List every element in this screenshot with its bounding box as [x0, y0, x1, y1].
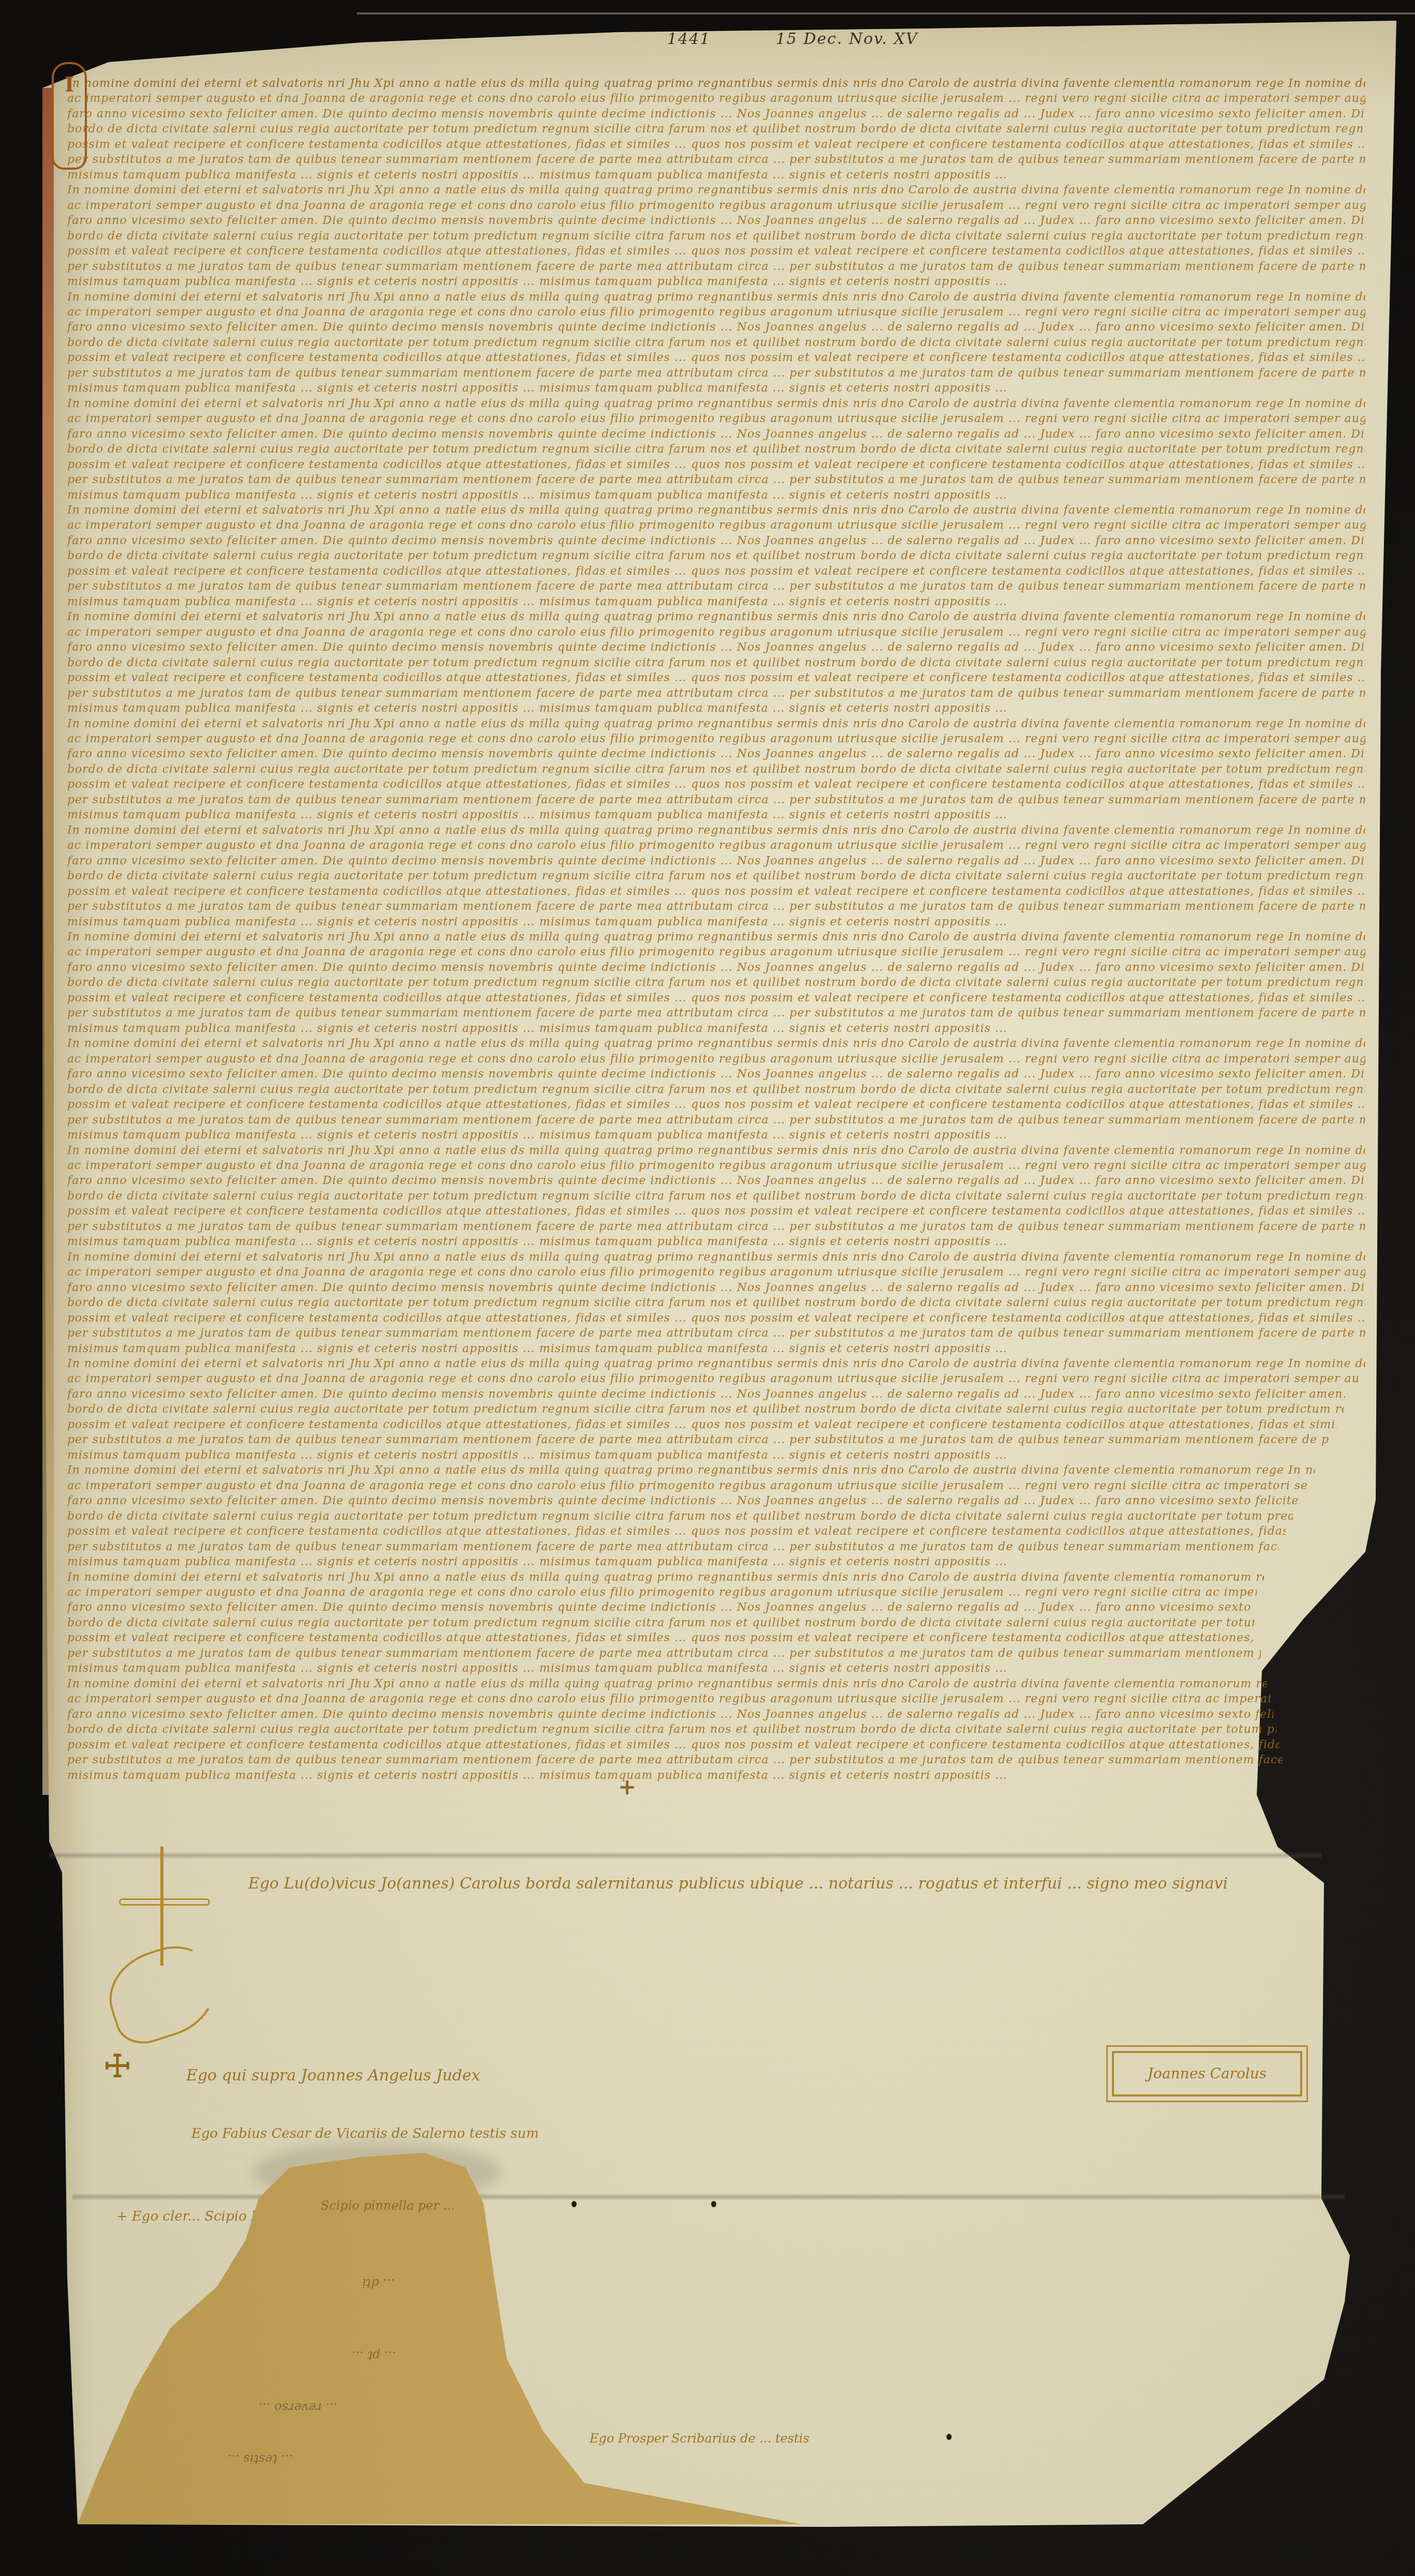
pin-hole	[711, 2201, 716, 2207]
flap-inscription: ... pt ...	[352, 2348, 396, 2363]
charter-text-line: misimus tamquam publica manifesta ... si…	[67, 1663, 1264, 1675]
charter-text-line: In nomine domini dei eterni et salvatori…	[67, 1358, 1365, 1370]
charter-text-line: possim et valeat recipere et conficere t…	[67, 886, 1365, 898]
charter-text-line: per substitutos a me juratos tam de quib…	[67, 687, 1365, 700]
witness-subscription-3: Ego Prosper Scribarius de ... testis	[590, 2431, 809, 2446]
charter-text-line: faro anno vicesimo sexto feliciter amen.…	[67, 1388, 1351, 1401]
charter-text-line: misimus tamquam publica manifesta ... si…	[67, 1023, 1365, 1035]
charter-text-line: possim et valeat recipere et conficere t…	[67, 1312, 1365, 1325]
archival-date-note: 15 Dec. Nov. XV	[776, 30, 918, 48]
charter-text-line: In nomine domini dei eterni et salvatori…	[67, 1251, 1365, 1264]
charter-text-line: ac imperatori semper augusto et dna Joan…	[67, 1693, 1270, 1705]
charter-text-line: faro anno vicesimo sexto feliciter amen.…	[67, 855, 1365, 867]
charter-text-line: faro anno vicesimo sexto feliciter amen.…	[67, 535, 1365, 547]
archival-year: 1441	[667, 30, 711, 48]
charter-text-line: per substitutos a me juratos tam de quib…	[67, 154, 1365, 166]
charter-text-line: In nomine domini dei eterni et salvatori…	[67, 1145, 1365, 1157]
charter-text-line: possim et valeat recipere et conficere t…	[67, 352, 1365, 364]
charter-text-line: bordo de dicta civitate salerni cuius re…	[67, 1724, 1276, 1736]
charter-text-line: misimus tamquam publica manifesta ... si…	[67, 169, 1365, 182]
pin-hole	[571, 2201, 577, 2207]
charter-text-line: misimus tamquam publica manifesta ... si…	[67, 596, 1365, 608]
charter-text-line: In nomine domini dei eterni et salvatori…	[67, 78, 1365, 90]
charter-text-line: bordo de dicta civitate salerni cuius re…	[67, 337, 1365, 349]
charter-text-line: possim et valeat recipere et conficere t…	[67, 139, 1365, 151]
flap-inscription: ... testis ...	[228, 2452, 293, 2466]
charter-text-line: misimus tamquam publica manifesta ... si…	[67, 702, 1365, 715]
charter-text-line: bordo de dicta civitate salerni cuius re…	[67, 657, 1365, 669]
judge-signum-icon: ☩	[103, 2048, 131, 2085]
charter-text-line: misimus tamquam publica manifesta ... si…	[67, 1343, 1365, 1355]
charter-text-line: faro anno vicesimo sexto feliciter amen.…	[67, 641, 1365, 654]
charter-text-line: faro anno vicesimo sexto feliciter amen.…	[67, 962, 1365, 974]
fold-line-upper	[49, 1852, 1321, 1859]
charter-text-line: ac imperatori semper augusto et dna Joan…	[67, 1480, 1307, 1492]
charter-text-line: In nomine domini dei eterni et salvatori…	[67, 611, 1365, 623]
charter-text-line: In nomine domini dei eterni et salvatori…	[67, 291, 1365, 304]
charter-text-line: In nomine domini dei eterni et salvatori…	[67, 931, 1365, 943]
charter-text-line: bordo de dicta civitate salerni cuius re…	[67, 1297, 1365, 1309]
charter-text-line: In nomine domini dei eterni et salvatori…	[67, 1571, 1264, 1584]
flap-inscription: Scipio pinnella per ...	[321, 2198, 455, 2213]
charter-text-line: per substitutos a me juratos tam de quib…	[67, 1114, 1365, 1127]
charter-text-line: possim et valeat recipere et conficere t…	[67, 1525, 1286, 1538]
notary-subscription: Ego Lu(do)vicus Jo(annes) Carolus borda …	[248, 1873, 1308, 1895]
charter-text-line: misimus tamquam publica manifesta ... si…	[67, 916, 1365, 928]
closing-cross-icon: +	[618, 1774, 636, 1800]
charter-text-line: bordo de dicta civitate salerni cuius re…	[67, 870, 1365, 882]
charter-text-line: misimus tamquam publica manifesta ... si…	[67, 1129, 1365, 1142]
charter-text-line: faro anno vicesimo sexto feliciter amen.…	[67, 1495, 1300, 1507]
charter-text-line: bordo de dicta civitate salerni cuius re…	[67, 977, 1365, 989]
charter-text-line: ac imperatori semper augusto et dna Joan…	[67, 1160, 1365, 1172]
red-margin-rule	[42, 88, 54, 1795]
charter-text-line: ac imperatori semper augusto et dna Joan…	[67, 946, 1365, 958]
charter-text-line: In nomine domini dei eterni et salvatori…	[67, 398, 1365, 410]
charter-text-line: bordo de dicta civitate salerni cuius re…	[67, 230, 1365, 243]
charter-text-line: bordo de dicta civitate salerni cuius re…	[67, 550, 1365, 562]
charter-text-line: misimus tamquam publica manifesta ... si…	[67, 276, 1365, 288]
charter-text-line: In nomine domini dei eterni et salvatori…	[67, 718, 1365, 730]
charter-text-line: possim et valeat recipere et conficere t…	[67, 1099, 1365, 1111]
charter-text-line: per substitutos a me juratos tam de quib…	[67, 1754, 1283, 1766]
pin-hole	[946, 2434, 952, 2440]
charter-text-line: faro anno vicesimo sexto feliciter amen.…	[67, 321, 1365, 334]
charter-text-line: possim et valeat recipere et conficere t…	[67, 245, 1365, 258]
charter-text-line: faro anno vicesimo sexto feliciter amen.…	[67, 1601, 1252, 1614]
charter-text-line: bordo de dicta civitate salerni cuius re…	[67, 763, 1365, 776]
charter-text-line: ac imperatori semper augusto et dna Joan…	[67, 626, 1365, 639]
charter-text-line: bordo de dicta civitate salerni cuius re…	[67, 1084, 1365, 1096]
charter-text-line: ac imperatori semper augusto et dna Joan…	[67, 1266, 1365, 1279]
charter-text-line: faro anno vicesimo sexto feliciter amen.…	[67, 428, 1365, 441]
charter-text-line: per substitutos a me juratos tam de quib…	[67, 1648, 1261, 1660]
judge-subscription: Ego qui supra Joannes Angelus Judex	[186, 2066, 480, 2085]
charter-text-line: misimus tamquam publica manifesta ... si…	[67, 489, 1365, 502]
charter-text-line: per substitutos a me juratos tam de quib…	[67, 794, 1365, 806]
charter-text-line: In nomine domini dei eterni et salvatori…	[67, 1678, 1267, 1690]
charter-text-line: per substitutos a me juratos tam de quib…	[67, 1434, 1329, 1446]
charter-text-line: misimus tamquam publica manifesta ... si…	[67, 1449, 1322, 1462]
charter-text-line: bordo de dicta civitate salerni cuius re…	[67, 1617, 1255, 1629]
charter-body-text: In nomine domini dei eterni et salvatori…	[67, 78, 1371, 1800]
charter-text-line: per substitutos a me juratos tam de quib…	[67, 261, 1365, 273]
charter-text-line: bordo de dicta civitate salerni cuius re…	[67, 1510, 1293, 1523]
charter-text-line: ac imperatori semper augusto et dna Joan…	[67, 1053, 1365, 1066]
charter-text-line: ac imperatori semper augusto et dna Joan…	[67, 733, 1365, 745]
charter-text-line: bordo de dicta civitate salerni cuius re…	[67, 1403, 1344, 1416]
charter-text-line: ac imperatori semper augusto et dna Joan…	[67, 306, 1365, 319]
charter-text-line: faro anno vicesimo sexto feliciter amen.…	[67, 748, 1365, 760]
flap-inscription: ... reverso ...	[259, 2400, 338, 2415]
charter-text-line: faro anno vicesimo sexto feliciter amen.…	[67, 215, 1365, 227]
charter-text-line: bordo de dicta civitate salerni cuius re…	[67, 1190, 1365, 1203]
charter-text-line: possim et valeat recipere et conficere t…	[67, 459, 1365, 471]
charter-text-line: In nomine domini dei eterni et salvatori…	[67, 184, 1365, 197]
charter-text-line: misimus tamquam publica manifesta ... si…	[67, 382, 1365, 395]
charter-text-line: faro anno vicesimo sexto feliciter amen.…	[67, 1175, 1365, 1187]
mount-rail	[357, 12, 1415, 14]
charter-text-line: possim et valeat recipere et conficere t…	[67, 1419, 1336, 1431]
charter-text-line: faro anno vicesimo sexto feliciter amen.…	[67, 1709, 1273, 1721]
charter-text-line: ac imperatori semper augusto et dna Joan…	[67, 200, 1365, 212]
charter-text-line: faro anno vicesimo sexto feliciter amen.…	[67, 1282, 1365, 1294]
witness-subscription-1: Ego Fabius Cesar de Vicariis de Salerno …	[191, 2126, 539, 2141]
charter-text-line: ac imperatori semper augusto et dna Joan…	[67, 413, 1365, 425]
charter-text-line: misimus tamquam publica manifesta ... si…	[67, 1236, 1365, 1248]
charter-text-line: In nomine domini dei eterni et salvatori…	[67, 1038, 1365, 1050]
charter-text-line: bordo de dicta civitate salerni cuius re…	[67, 443, 1365, 456]
charter-text-line: possim et valeat recipere et conficere t…	[67, 1205, 1365, 1218]
charter-text-line: ac imperatori semper augusto et dna Joan…	[67, 1373, 1358, 1385]
charter-text-line: ac imperatori semper augusto et dna Joan…	[67, 519, 1365, 532]
charter-text-line: possim et valeat recipere et conficere t…	[67, 1739, 1279, 1751]
charter-text-line: possim et valeat recipere et conficere t…	[67, 778, 1365, 791]
charter-text-line: faro anno vicesimo sexto feliciter amen.…	[67, 1068, 1365, 1081]
flap-inscription: ... dti	[362, 2276, 395, 2290]
charter-text-line: In nomine domini dei eterni et salvatori…	[67, 825, 1365, 837]
charter-text-line: possim et valeat recipere et conficere t…	[67, 672, 1365, 684]
charter-text-line: per substitutos a me juratos tam de quib…	[67, 474, 1365, 486]
charter-text-line: In nomine domini dei eterni et salvatori…	[67, 504, 1365, 517]
charter-text-line: per substitutos a me juratos tam de quib…	[67, 1007, 1365, 1020]
charter-text-line: per substitutos a me juratos tam de quib…	[67, 367, 1365, 380]
charter-text-line: In nomine domini dei eterni et salvatori…	[67, 1464, 1315, 1477]
charter-text-line: per substitutos a me juratos tam de quib…	[67, 901, 1365, 913]
charter-text-line: misimus tamquam publica manifesta ... si…	[67, 1770, 1286, 1782]
charter-text-line: faro anno vicesimo sexto feliciter amen.…	[67, 108, 1365, 121]
charter-text-line: ac imperatori semper augusto et dna Joan…	[67, 840, 1365, 852]
charter-text-line: per substitutos a me juratos tam de quib…	[67, 1221, 1365, 1233]
charter-text-line: per substitutos a me juratos tam de quib…	[67, 1327, 1365, 1340]
charter-text-line: possim et valeat recipere et conficere t…	[67, 992, 1365, 1005]
charter-text-line: ac imperatori semper augusto et dna Joan…	[67, 1586, 1257, 1599]
notarial-signum-icon	[103, 1847, 228, 2064]
charter-text-line: misimus tamquam publica manifesta ... si…	[67, 1556, 1271, 1568]
charter-text-line: bordo de dicta civitate salerni cuius re…	[67, 123, 1365, 136]
charter-text-line: possim et valeat recipere et conficere t…	[67, 565, 1365, 578]
notary-name-cartouche: Joannes Carolus	[1112, 2051, 1302, 2096]
charter-text-line: ac imperatori semper augusto et dna Joan…	[67, 93, 1365, 105]
charter-text-line: possim et valeat recipere et conficere t…	[67, 1632, 1258, 1644]
charter-text-line: per substitutos a me juratos tam de quib…	[67, 580, 1365, 593]
charter-text-line: misimus tamquam publica manifesta ... si…	[67, 809, 1365, 821]
charter-text-line: per substitutos a me juratos tam de quib…	[67, 1541, 1278, 1553]
